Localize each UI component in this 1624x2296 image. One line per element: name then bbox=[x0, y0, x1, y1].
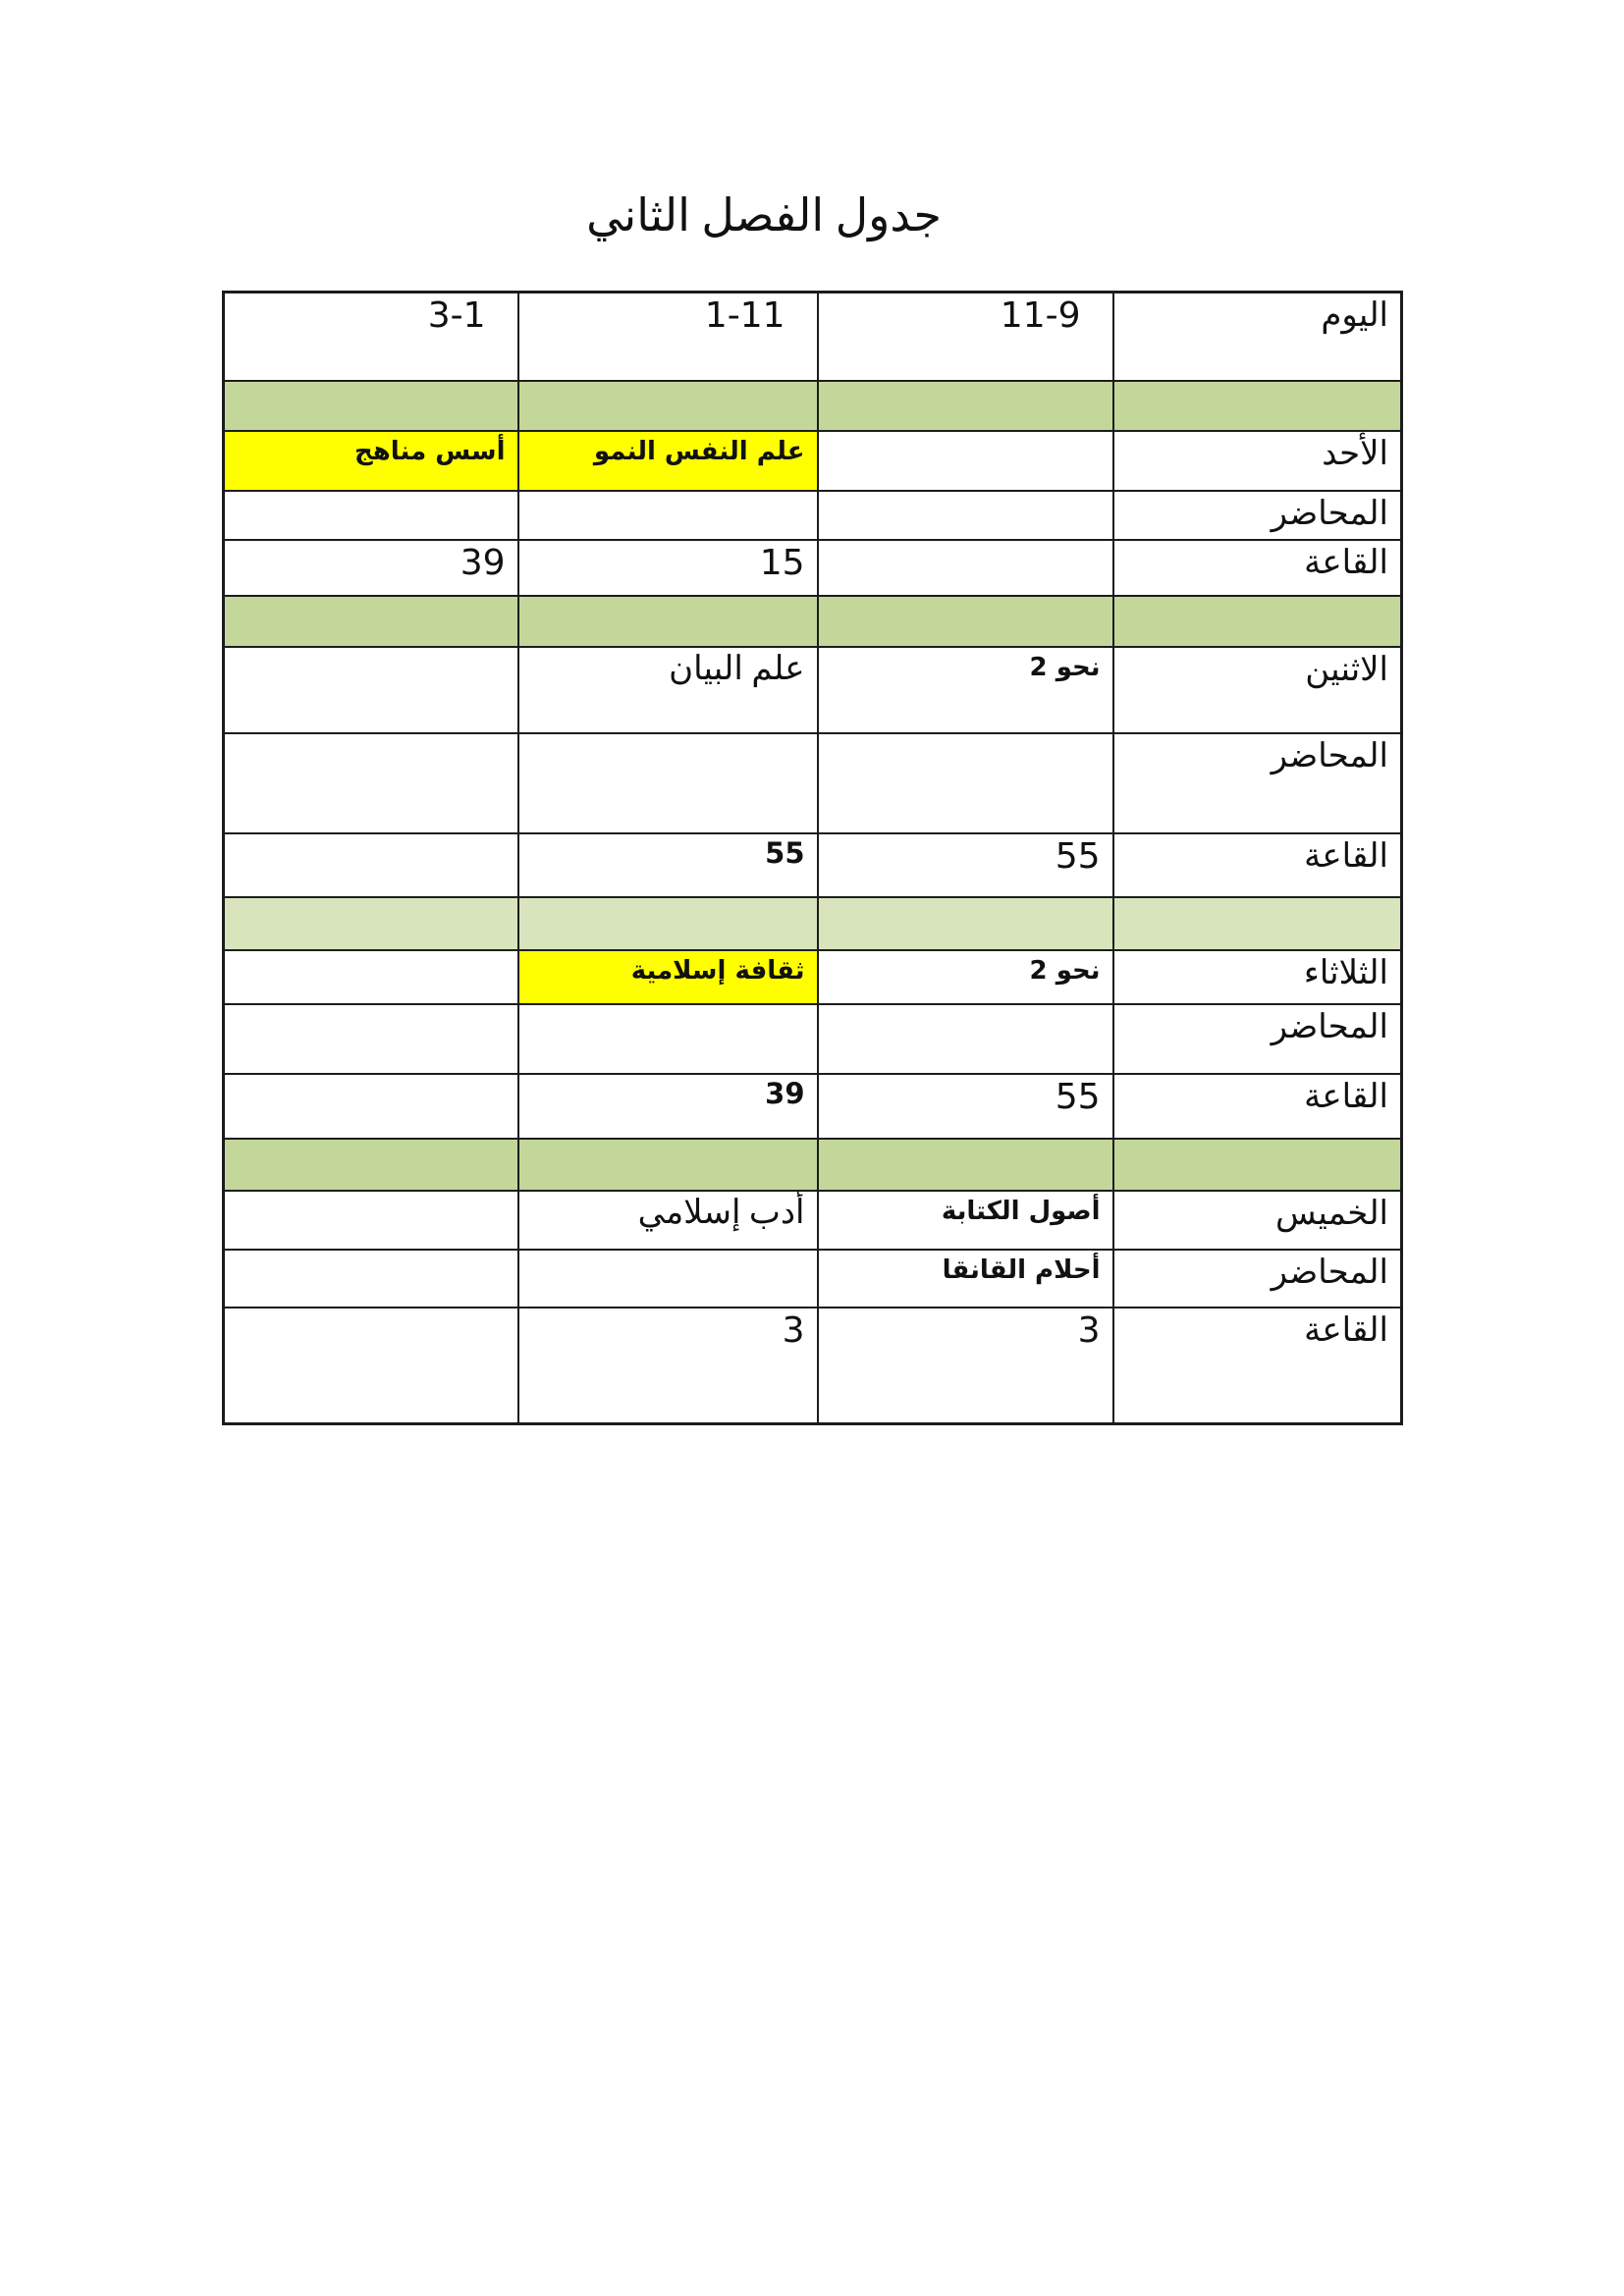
lecturer-row-monday: المحاضر bbox=[224, 733, 1402, 833]
day-name-cell: الثلاثاء bbox=[1113, 950, 1402, 1004]
separator-cell bbox=[818, 596, 1113, 647]
header-cell-slot-11-1: 1-11 bbox=[518, 293, 818, 381]
lecturer-row-thursday: المحاضر أحلام القانقا bbox=[224, 1250, 1402, 1308]
separator-cell bbox=[224, 596, 518, 647]
hall-number-cell: 55 bbox=[818, 833, 1113, 897]
lecturer-cell bbox=[818, 733, 1113, 833]
separator-row bbox=[224, 381, 1402, 431]
hall-number: 39 bbox=[460, 543, 506, 583]
hall-number-cell bbox=[818, 540, 1113, 596]
hall-number-cell bbox=[224, 1074, 518, 1139]
hall-number-cell bbox=[224, 833, 518, 897]
lecturer-label-cell: المحاضر bbox=[1113, 733, 1402, 833]
course-cell: نحو 2 bbox=[818, 950, 1113, 1004]
hall-row-tuesday: القاعة 55 39 bbox=[224, 1074, 1402, 1139]
page-title: جدول الفصل الثاني bbox=[175, 188, 1353, 241]
separator-cell bbox=[818, 381, 1113, 431]
separator-cell bbox=[518, 596, 818, 647]
lecturer-label-cell: المحاضر bbox=[1113, 491, 1402, 540]
lecturer-cell bbox=[518, 1250, 818, 1308]
course-cell bbox=[224, 950, 518, 1004]
hall-number-cell: 3 bbox=[518, 1308, 818, 1424]
lecturer-label-cell: المحاضر bbox=[1113, 1250, 1402, 1308]
separator-cell bbox=[818, 897, 1113, 950]
day-name-cell: الأحد bbox=[1113, 431, 1402, 491]
course-cell-highlighted: أسس مناهج bbox=[224, 431, 518, 491]
lecturer-row-sunday: المحاضر bbox=[224, 491, 1402, 540]
hall-number: 55 bbox=[1056, 1077, 1101, 1117]
separator-cell bbox=[224, 897, 518, 950]
separator-row bbox=[224, 897, 1402, 950]
lecturer-cell bbox=[818, 491, 1113, 540]
day-name-cell: الخميس bbox=[1113, 1191, 1402, 1250]
separator-cell bbox=[518, 381, 818, 431]
header-cell-day: اليوم bbox=[1113, 293, 1402, 381]
hall-number: 3 bbox=[783, 1310, 805, 1351]
header-cell-slot-1-3: 3-1 bbox=[224, 293, 518, 381]
course-cell: نحو 2 bbox=[818, 647, 1113, 733]
schedule-table: اليوم 11-9 1-11 3-1 الأحد علم النفس النم… bbox=[222, 291, 1403, 1425]
course-cell bbox=[224, 1191, 518, 1250]
hall-number-cell: 15 bbox=[518, 540, 818, 596]
course-cell: علم البيان bbox=[518, 647, 818, 733]
course-cell bbox=[818, 431, 1113, 491]
lecturer-cell bbox=[224, 1250, 518, 1308]
lecturer-cell bbox=[224, 733, 518, 833]
lecturer-cell bbox=[518, 733, 818, 833]
hall-number-cell: 39 bbox=[518, 1074, 818, 1139]
hall-number-cell: 55 bbox=[818, 1074, 1113, 1139]
hall-number: 55 bbox=[1056, 836, 1101, 877]
separator-cell bbox=[1113, 381, 1402, 431]
hall-number: 39 bbox=[765, 1077, 804, 1110]
hall-number: 3 bbox=[1078, 1310, 1101, 1351]
hall-row-thursday: القاعة 3 3 bbox=[224, 1308, 1402, 1424]
separator-cell bbox=[224, 1139, 518, 1191]
hall-number-cell: 39 bbox=[224, 540, 518, 596]
lecturer-cell bbox=[224, 1004, 518, 1074]
hall-label-cell: القاعة bbox=[1113, 833, 1402, 897]
day-name-cell: الاثنين bbox=[1113, 647, 1402, 733]
day-row-thursday: الخميس أصول الكتابة أدب إسلامي bbox=[224, 1191, 1402, 1250]
course-cell-highlighted: علم النفس النمو bbox=[518, 431, 818, 491]
hall-number-cell bbox=[224, 1308, 518, 1424]
header-cell-slot-9-11: 11-9 bbox=[818, 293, 1113, 381]
separator-cell bbox=[224, 381, 518, 431]
lecturer-name-cell: أحلام القانقا bbox=[818, 1250, 1113, 1308]
hall-number-cell: 55 bbox=[518, 833, 818, 897]
course-cell: أصول الكتابة bbox=[818, 1191, 1113, 1250]
day-row-monday: الاثنين نحو 2 علم البيان bbox=[224, 647, 1402, 733]
slot-1-3-label: 3-1 bbox=[428, 295, 486, 336]
hall-label-cell: القاعة bbox=[1113, 540, 1402, 596]
lecturer-label-cell: المحاضر bbox=[1113, 1004, 1402, 1074]
hall-label-cell: القاعة bbox=[1113, 1074, 1402, 1139]
day-row-tuesday: الثلاثاء نحو 2 ثقافة إسلامية bbox=[224, 950, 1402, 1004]
slot-11-1-label: 1-11 bbox=[705, 295, 785, 336]
lecturer-cell bbox=[518, 491, 818, 540]
lecturer-row-tuesday: المحاضر bbox=[224, 1004, 1402, 1074]
separator-cell bbox=[1113, 897, 1402, 950]
separator-cell bbox=[818, 1139, 1113, 1191]
lecturer-cell bbox=[518, 1004, 818, 1074]
lecturer-cell bbox=[224, 491, 518, 540]
separator-cell bbox=[1113, 596, 1402, 647]
separator-cell bbox=[518, 897, 818, 950]
header-row: اليوم 11-9 1-11 3-1 bbox=[224, 293, 1402, 381]
slot-9-11-label: 11-9 bbox=[1001, 295, 1081, 336]
hall-row-sunday: القاعة 15 39 bbox=[224, 540, 1402, 596]
course-cell-highlighted: ثقافة إسلامية bbox=[518, 950, 818, 1004]
separator-cell bbox=[1113, 1139, 1402, 1191]
separator-row bbox=[224, 1139, 1402, 1191]
hall-number-cell: 3 bbox=[818, 1308, 1113, 1424]
day-row-sunday: الأحد علم النفس النمو أسس مناهج bbox=[224, 431, 1402, 491]
course-cell bbox=[224, 647, 518, 733]
hall-row-monday: القاعة 55 55 bbox=[224, 833, 1402, 897]
hall-number: 55 bbox=[765, 836, 804, 870]
separator-cell bbox=[518, 1139, 818, 1191]
lecturer-cell bbox=[818, 1004, 1113, 1074]
separator-row bbox=[224, 596, 1402, 647]
hall-label-cell: القاعة bbox=[1113, 1308, 1402, 1424]
hall-number: 15 bbox=[760, 543, 805, 583]
course-cell: أدب إسلامي bbox=[518, 1191, 818, 1250]
